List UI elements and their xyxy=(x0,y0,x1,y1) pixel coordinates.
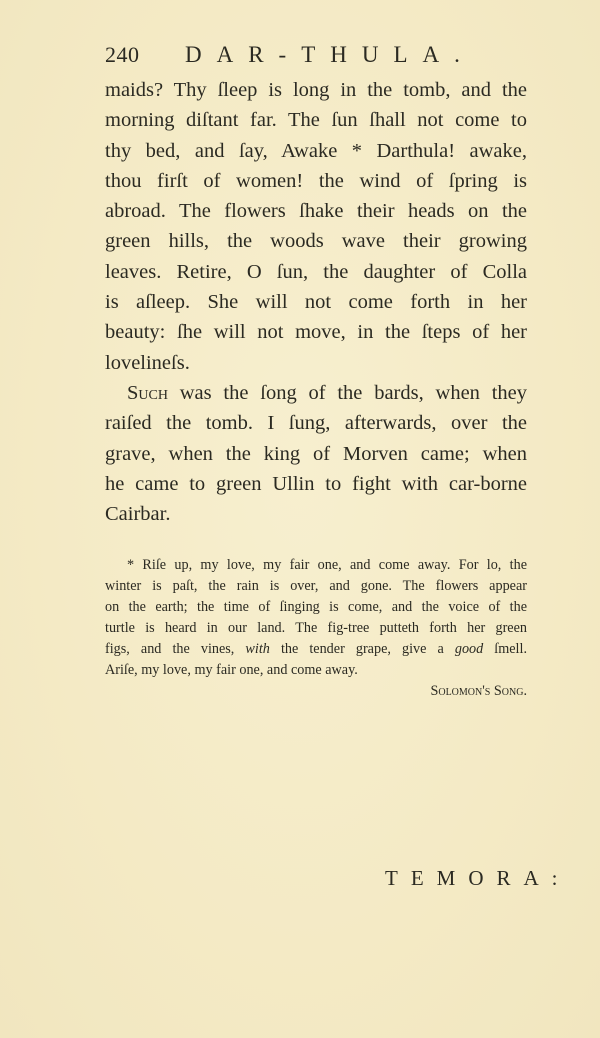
body-line: raiſed the tomb. I ſung, afterwards, ove… xyxy=(105,408,527,438)
italic-with: with xyxy=(245,641,269,657)
footnote-line: winter is paſt, the rain is over, and go… xyxy=(105,576,527,597)
catchword: TEMORA: xyxy=(385,866,571,891)
body-line: lovelineſs. xyxy=(105,348,527,378)
paragraph-lead-word: Such xyxy=(127,382,168,404)
italic-good: good xyxy=(455,641,483,657)
body-line: beauty: ſhe will not move, in the ſteps … xyxy=(105,317,527,347)
body-line: grave, when the king of Morven came; whe… xyxy=(105,439,527,469)
footnote-text: ſmell. xyxy=(483,641,527,657)
footnote-line: figs, and the vines, with the tender gra… xyxy=(105,639,527,660)
footnote-line: Ariſe, my love, my fair one, and come aw… xyxy=(105,660,527,681)
body-line: Cairbar. xyxy=(105,499,527,529)
body-line: abroad. The flowers ſhake their heads on… xyxy=(105,196,527,226)
footnote-line: turtle is heard in our land. The fig-tre… xyxy=(105,618,527,639)
footnote-line: on the earth; the time of ſinging is com… xyxy=(105,597,527,618)
body-text: maids? Thy ſleep is long in the tomb, an… xyxy=(105,75,527,529)
footnote: * Riſe up, my love, my fair one, and com… xyxy=(105,555,527,702)
book-page: 240DAR-THULA. maids? Thy ſleep is long i… xyxy=(0,0,600,1038)
body-line: green hills, the woods wave their growin… xyxy=(105,226,527,256)
body-line: maids? Thy ſleep is long in the tomb, an… xyxy=(105,75,527,105)
page-number: 240 xyxy=(105,38,185,72)
footnote-text: figs, and the vines, xyxy=(105,641,245,657)
body-line: thy bed, and ſay, Awake * Darthula! awak… xyxy=(105,136,527,166)
footnote-line: * Riſe up, my love, my fair one, and com… xyxy=(105,555,527,576)
footnote-attribution: Solomon's Song. xyxy=(105,681,527,702)
body-line: thou firſt of women! the wind of ſpring … xyxy=(105,166,527,196)
page-header: 240DAR-THULA. xyxy=(105,38,525,72)
paragraph-first-line-text: was the ſong of the bards, when they xyxy=(168,382,527,404)
paragraph-2-first-line: Such was the ſong of the bards, when the… xyxy=(105,378,527,408)
body-line: leaves. Retire, O ſun, the daughter of C… xyxy=(105,257,527,287)
footnote-text: the tender grape, give a xyxy=(270,641,455,657)
body-line: he came to green Ullin to fight with car… xyxy=(105,469,527,499)
body-line: morning diſtant far. The ſun ſhall not c… xyxy=(105,105,527,135)
running-title: DAR-THULA. xyxy=(185,38,475,72)
body-line: is aſleep. She will not come forth in he… xyxy=(105,287,527,317)
